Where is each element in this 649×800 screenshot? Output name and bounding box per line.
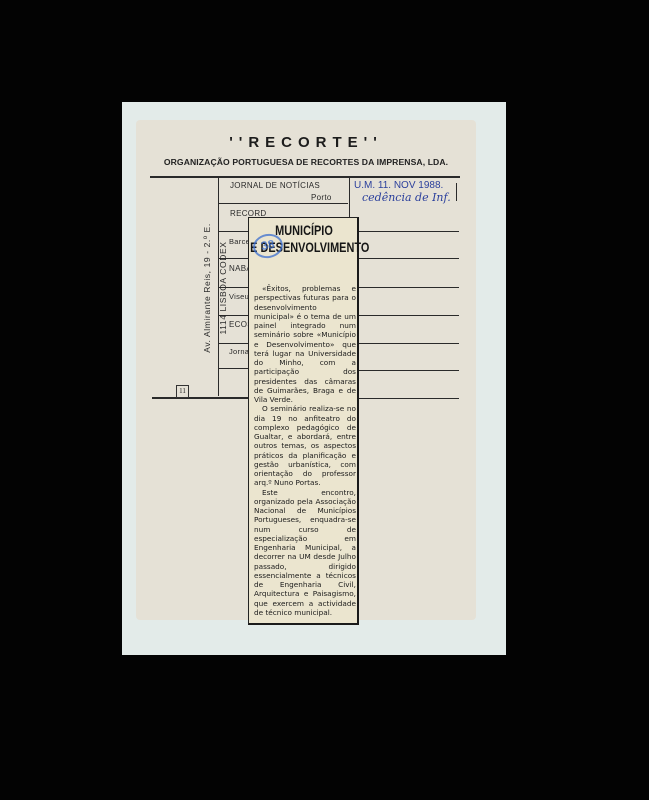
- bottom-rule: [152, 397, 249, 399]
- paper-viseu: Viseu: [229, 292, 249, 301]
- paper-jornal: Jorna: [229, 347, 249, 356]
- address-line-1: Av. Almirante Reis, 19 - 2.º E.: [199, 203, 215, 373]
- handwritten-date: U.M. 11. NOV 1988.: [354, 180, 443, 191]
- agency-title: ''RECORTE'': [136, 134, 476, 151]
- row-separator-right: [359, 231, 459, 232]
- top-rule: [150, 176, 460, 178]
- row-separator-right: [359, 370, 459, 371]
- agency-subtitle: ORGANIZAÇÃO PORTUGUESA DE RECORTES DA IM…: [136, 157, 476, 167]
- clipping-paragraph-2: O seminário realiza-se no dia 19 no anfi…: [254, 404, 356, 487]
- paper-city-porto: Porto: [311, 193, 332, 202]
- clipping-paragraph-1: «Êxitos, problemas e perspectivas futura…: [254, 284, 356, 404]
- clipping-body: «Êxitos, problemas e perspectivas futura…: [254, 284, 356, 617]
- date-divider: [349, 178, 350, 218]
- paper-jornal-de-noticias: JORNAL DE NOTÍCIAS: [230, 181, 320, 190]
- page-number-box: 11: [176, 385, 189, 398]
- date-end-mark: [456, 183, 457, 201]
- row-separator-right: [359, 287, 459, 288]
- address-line-2: 1114 LISBOA CODEX: [215, 203, 231, 373]
- handwritten-note: cedência de Inf.: [362, 191, 451, 204]
- agency-address: Av. Almirante Reis, 19 - 2.º E. 1114 LIS…: [199, 203, 231, 373]
- paper-barcelos: Barce: [229, 237, 250, 246]
- row-separator-right: [359, 343, 459, 344]
- row-separator-right: [359, 398, 459, 399]
- row-separator-right: [359, 258, 459, 259]
- clipping-paragraph-3: Este encontro, organizado pela Associaçã…: [254, 488, 356, 618]
- row-separator: [218, 203, 348, 204]
- row-separator-right: [359, 315, 459, 316]
